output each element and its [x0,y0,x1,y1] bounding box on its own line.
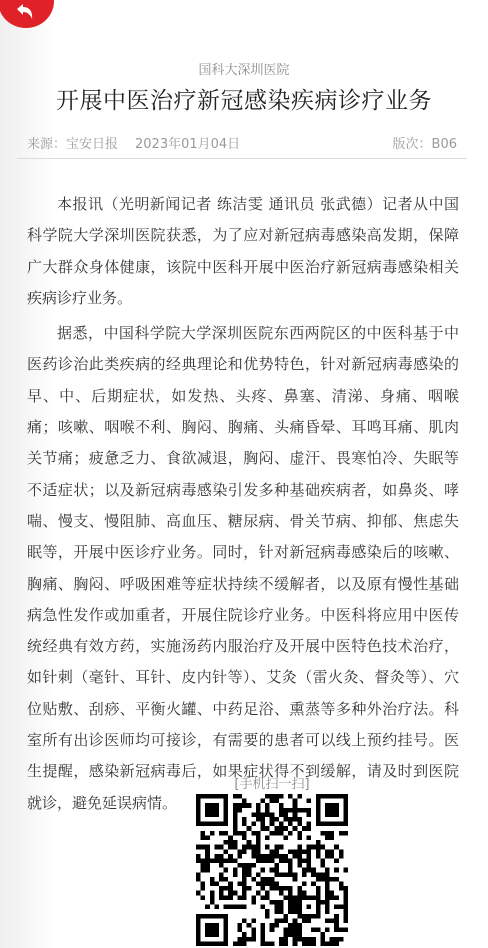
article-title: 开展中医治疗新冠感染疾病诊疗业务 [0,82,488,115]
article-edition: 版次：B06 [393,133,457,152]
article-date: 2023年01月04日 [135,137,240,152]
article-body: 本报讯（光明新闻记者 练洁雯 通讯员 张武德）记者从中国科学院大学深圳医院获悉，… [27,189,459,823]
meta-left: 来源：宝安日报2023年01月04日 [27,133,240,152]
article-paragraph: 据悉，中国科学院大学深圳医院东西两院区的中医科基于中医药诊治此类疾病的经典理论和… [27,318,459,819]
article-page: 国科大深圳医院 开展中医治疗新冠感染疾病诊疗业务 来源：宝安日报2023年01月… [0,0,488,948]
qr-code-icon [196,794,348,946]
back-button[interactable] [0,0,54,28]
back-arrow-icon [15,3,35,21]
article-meta: 来源：宝安日报2023年01月04日 版次：B06 [27,133,457,152]
article-kicker: 国科大深圳医院 [0,59,488,78]
meta-divider [17,158,467,159]
qr-scan-label: [手机扫一扫] [0,773,488,792]
article-paragraph: 本报讯（光明新闻记者 练洁雯 通讯员 张武德）记者从中国科学院大学深圳医院获悉，… [27,189,459,314]
article-source: 来源：宝安日报 [27,137,118,152]
